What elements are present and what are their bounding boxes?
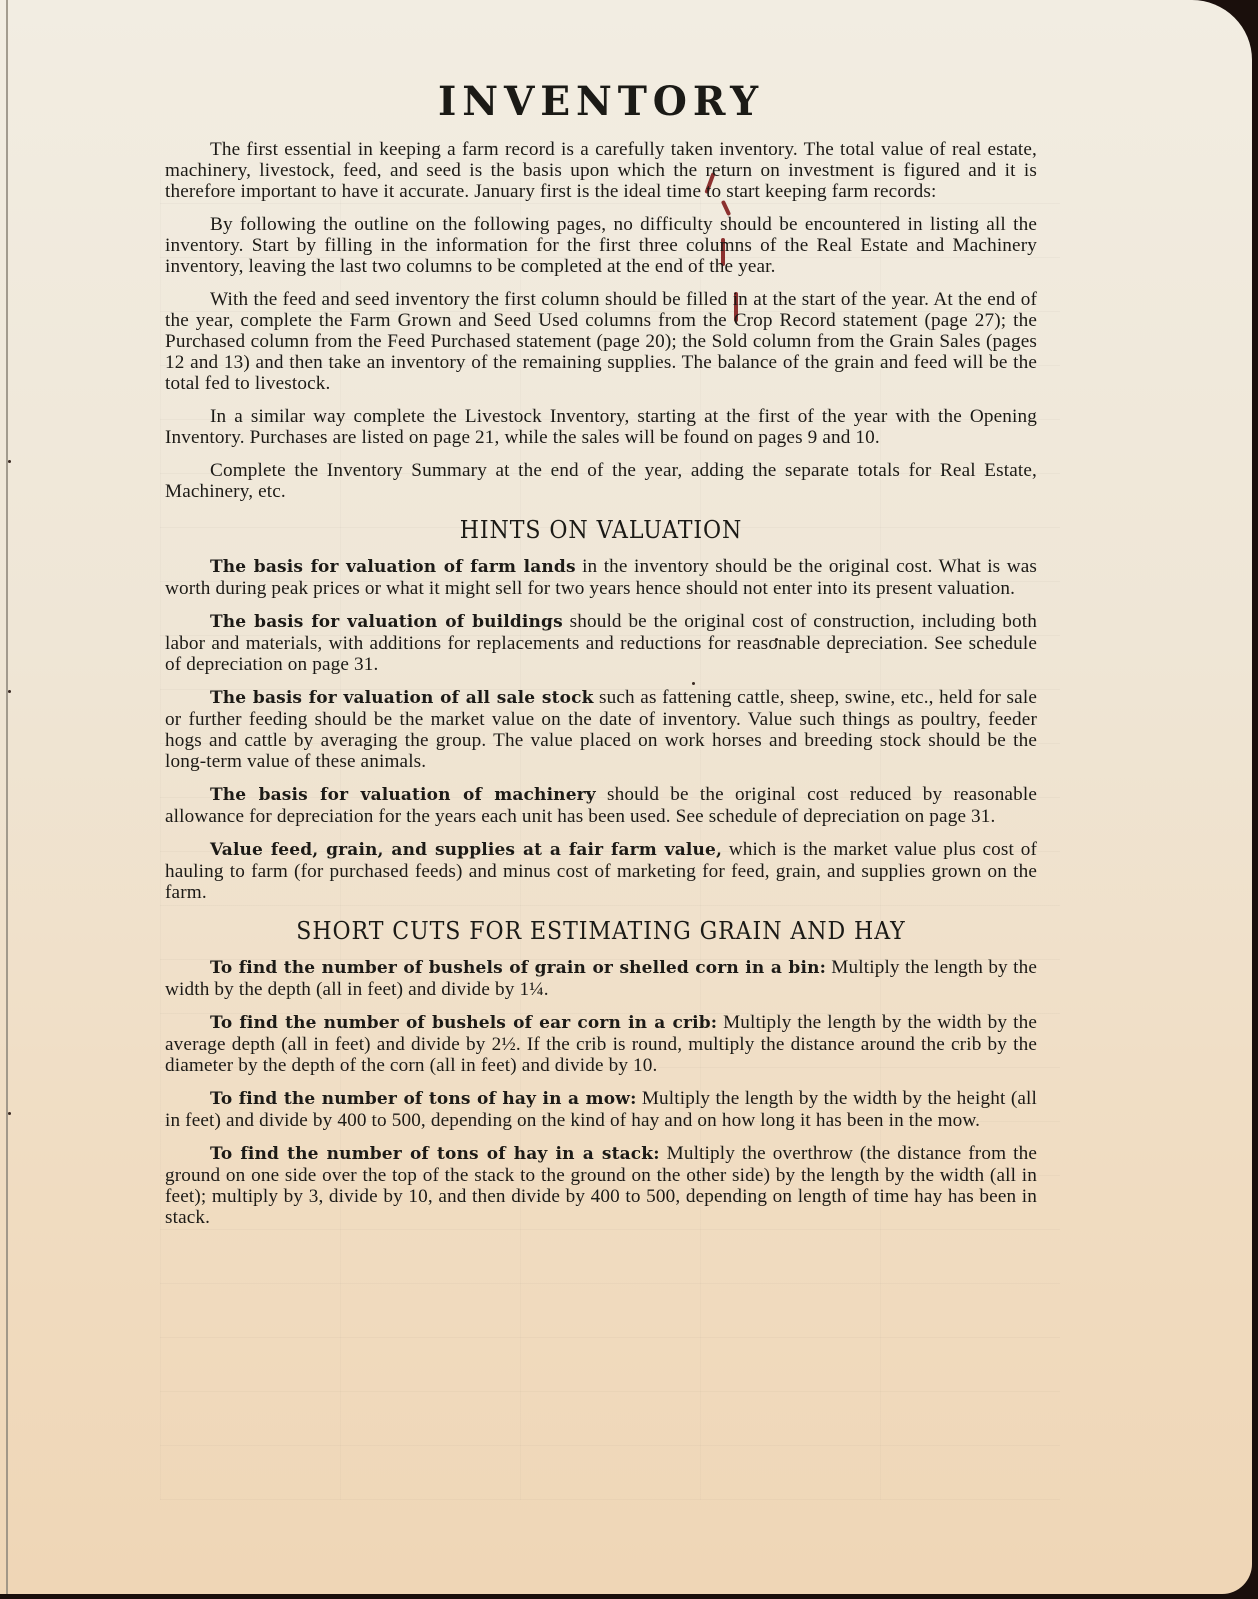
valuation-lead: The basis for valuation of buildings [210, 612, 563, 632]
valuation-item: The basis for valuation of all sale stoc… [165, 687, 1037, 772]
section-heading-shortcuts: SHORT CUTS FOR ESTIMATING GRAIN AND HAY [200, 917, 1002, 945]
shortcuts-section: SHORT CUTS FOR ESTIMATING GRAIN AND HAY … [165, 917, 1037, 1228]
page-title: INVENTORY [174, 78, 1029, 125]
intro-paragraph: With the feed and seed inventory the fir… [165, 289, 1037, 394]
valuation-item: The basis for valuation of buildings sho… [165, 611, 1037, 675]
valuation-lead: The basis for valuation of all sale stoc… [210, 688, 594, 708]
valuation-item: The basis for valuation of farm lands in… [165, 556, 1037, 599]
document-body: INVENTORY The first essential in keeping… [165, 78, 1037, 1240]
document-page: INVENTORY The first essential in keeping… [0, 0, 1252, 1594]
shortcut-lead: To find the number of tons of hay in a m… [210, 1089, 637, 1109]
section-heading-valuation: HINTS ON VALUATION [200, 516, 1002, 544]
intro-paragraph: Complete the Inventory Summary at the en… [165, 460, 1037, 502]
shortcut-lead: To find the number of bushels of grain o… [210, 958, 826, 978]
shortcut-lead: To find the number of bushels of ear cor… [210, 1013, 717, 1033]
shortcut-item: To find the number of bushels of grain o… [165, 957, 1037, 1000]
valuation-section: HINTS ON VALUATION The basis for valuati… [165, 516, 1037, 903]
intro-paragraph: In a similar way complete the Livestock … [165, 406, 1037, 448]
valuation-lead: The basis for valuation of machinery [210, 785, 596, 805]
valuation-item: The basis for valuation of machinery sho… [165, 784, 1037, 827]
ink-speck [8, 1112, 11, 1115]
valuation-lead: Value feed, grain, and supplies at a fai… [210, 840, 722, 860]
ink-speck [8, 460, 11, 463]
valuation-item: Value feed, grain, and supplies at a fai… [165, 839, 1037, 903]
valuation-lead: The basis for valuation of farm lands [210, 557, 576, 577]
intro-section: The first essential in keeping a farm re… [165, 139, 1037, 502]
binding-edge [6, 0, 8, 1594]
shortcut-item: To find the number of tons of hay in a m… [165, 1088, 1037, 1131]
shortcut-lead: To find the number of tons of hay in a s… [210, 1144, 660, 1164]
shortcut-item: To find the number of tons of hay in a s… [165, 1143, 1037, 1228]
intro-paragraph: The first essential in keeping a farm re… [165, 139, 1037, 202]
shortcut-item: To find the number of bushels of ear cor… [165, 1012, 1037, 1076]
ink-speck [8, 690, 11, 693]
intro-paragraph: By following the outline on the followin… [165, 214, 1037, 277]
